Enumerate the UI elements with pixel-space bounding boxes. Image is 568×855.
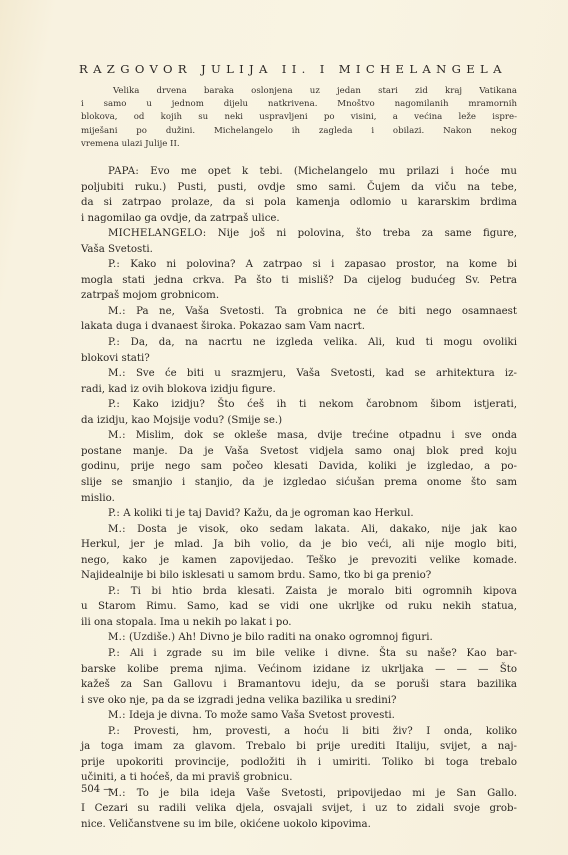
dialogue-line: u Starom Rimu. Samo, kad se vidi one ukr… (81, 599, 517, 615)
dialogue-line: i nagomilao ga ovdje, da zatrpaš ulice. (81, 211, 517, 227)
dialogue-line: da si zatrpao prolaze, da si pola kamenj… (81, 195, 517, 211)
dialogue-line: Najidealnije bi bilo isklesati u samom b… (81, 568, 517, 584)
dialogue-line: Ali i zgrade su im bile velike i divne. … (120, 648, 517, 659)
speaker-label: M.: (108, 306, 126, 317)
dialogue-line: Mislim, dok se okleše masa, dvije trećin… (126, 430, 517, 441)
stage-direction: Velika drvena baraka oslonjena uz jedan … (81, 85, 517, 151)
dialogue-line: mislio. (81, 491, 517, 507)
dialogue-line: nice. Veličanstvene su im bile, okićene … (81, 817, 517, 833)
dialogue-paragraph: P.: Provesti, hm, provesti, a hoću li bi… (81, 724, 517, 786)
dialogue-line: Pa ne, Vaša Svetosti. Ta grobnica ne će … (126, 306, 517, 317)
dialogue-paragraph: P.: A koliki ti je taj David? Kažu, da j… (81, 506, 517, 522)
dialogue-line: I Cezari su radili velika djela, osvajal… (81, 801, 517, 817)
dialogue-line: kažeš za San Gallovu i Bramantovu ideju,… (81, 677, 517, 693)
dialogue-paragraph: MICHELANGELO: Nije još ni polovina, što … (81, 226, 517, 257)
speaker-label: P.: (108, 508, 120, 519)
dialogue-line: Kako ni polovina? A zatrpao si i zapasao… (120, 259, 517, 270)
dialogue-paragraph: P.: Da, da, na nacrtu ne izgleda velika.… (81, 335, 517, 366)
dialogue-paragraph: M.: Ideja je divna. To može samo Vaša Sv… (81, 708, 517, 724)
dialogue-line: prije upokoriti provincije, podložiti ih… (81, 755, 517, 771)
speaker-label: M.: (108, 710, 126, 721)
dialogue-line: da izidju, kao Mojsije vodu? (Smije se.) (81, 413, 517, 429)
dialogue-paragraph: M.: Dosta je visok, oko sedam lakata. Al… (81, 522, 517, 584)
stage-direction-line: miješani po dužini. Michelangelo ih zagl… (81, 125, 517, 138)
speaker-label: PAPA: (108, 166, 139, 177)
dialogue: PAPA: Evo me opet k tebi. (Michelangelo … (81, 164, 517, 833)
speaker-label: M.: (108, 524, 126, 535)
dialogue-paragraph: M.: Mislim, dok se okleše masa, dvije tr… (81, 428, 517, 506)
dialogue-paragraph: P.: Ti bi htio brda klesati. Zaista je m… (81, 584, 517, 631)
dialogue-line: zatrpaš mojom grobnicom. (81, 288, 517, 304)
speaker-label: M.: (108, 368, 126, 379)
dialogue-line: A koliki ti je taj David? Kažu, da je og… (120, 508, 414, 519)
speaker-label: P.: (108, 399, 120, 410)
dialogue-line: Kako izidju? Što ćeš ih ti nekom čarobno… (120, 399, 517, 410)
speaker-label: M.: (108, 430, 126, 441)
dialogue-line: učiniti, a ti hoćeš, da mi praviš grobni… (81, 770, 517, 786)
dialogue-line: slije se smanjio i stanjio, da je izgled… (81, 475, 517, 491)
dialogue-line: Nije još ni polovina, što treba za same … (206, 228, 517, 239)
speaker-label: P.: (108, 259, 120, 270)
dialogue-line: blokovi stati? (81, 351, 517, 367)
dialogue-line: (Uzdiše.) Ah! Divno je bilo raditi na on… (126, 632, 433, 643)
dialogue-line: Dosta je visok, oko sedam lakata. Ali, d… (126, 524, 517, 535)
dialogue-line: barske kolibe prema njima. Većinom izida… (81, 662, 517, 678)
speaker-label: P.: (108, 586, 120, 597)
dialogue-paragraph: M.: (Uzdiše.) Ah! Divno je bilo raditi n… (81, 630, 517, 646)
dialogue-paragraph: M.: Pa ne, Vaša Svetosti. Ta grobnica ne… (81, 304, 517, 335)
dialogue-line: Ideja je divna. To može samo Vaša Svetos… (126, 710, 395, 721)
chapter-title: RAZGOVOR JULIJA II. I MICHELANGELA (79, 62, 517, 76)
dialogue-paragraph: P.: Ali i zgrade su im bile velike i div… (81, 646, 517, 708)
stage-direction-line: i samo u jednom dijelu natkrivena. Mnošt… (81, 98, 517, 111)
page-body: RAZGOVOR JULIJA II. I MICHELANGELA Velik… (81, 62, 517, 833)
dialogue-paragraph: PAPA: Evo me opet k tebi. (Michelangelo … (81, 164, 517, 226)
speaker-label: P.: (108, 726, 120, 737)
dialogue-line: ili ona stopala. Ima u nekih po lakat i … (81, 615, 517, 631)
dialogue-paragraph: M.: To je bila ideja Vaše Svetosti, prip… (81, 786, 517, 833)
speaker-label: P.: (108, 648, 120, 659)
dialogue-line: godinu, prije nego sam počeo klesati Dav… (81, 459, 517, 475)
dialogue-line: postane manje. Da je Vaša Svetost vidjel… (81, 444, 517, 460)
stage-direction-line: vremena ulazi Julije II. (81, 138, 517, 151)
dialogue-line: Evo me opet k tebi. (Michelangelo mu pri… (139, 166, 517, 177)
dialogue-line: Ti bi htio brda klesati. Zaista je moral… (120, 586, 517, 597)
speaker-label: MICHELANGELO: (108, 228, 206, 239)
dialogue-line: To je bila ideja Vaše Svetosti, pripovij… (126, 788, 517, 799)
dialogue-paragraph: P.: Kako ni polovina? A zatrpao si i zap… (81, 257, 517, 304)
dialogue-line: i sve oko nje, pa da se izgradi jedna ve… (81, 693, 517, 709)
dialogue-line: radi, kad iz ovih blokova izidju figure. (81, 382, 517, 398)
dialogue-line: nego, kako je kamen zapovijedao. Teško j… (81, 553, 517, 569)
dialogue-paragraph: P.: Kako izidju? Što ćeš ih ti nekom čar… (81, 397, 517, 428)
dialogue-line: poljubiti ruku.) Pusti, pusti, ovdje smo… (81, 180, 517, 196)
dialogue-line: lakata duga i dvanaest široka. Pokazao s… (81, 319, 517, 335)
dialogue-line: Da, da, na nacrtu ne izgleda velika. Ali… (120, 337, 517, 348)
stage-direction-line: blokova, od kojih su neki uspravljeni po… (81, 111, 517, 124)
dialogue-line: Provesti, hm, provesti, a hoću li biti ž… (120, 726, 517, 737)
dialogue-paragraph: M.: Sve će biti u srazmjeru, Vaša Svetos… (81, 366, 517, 397)
page-number: 504 — (81, 784, 113, 795)
dialogue-line: Vaša Svetosti. (81, 242, 517, 258)
stage-direction-line: Velika drvena baraka oslonjena uz jedan … (81, 85, 517, 98)
dialogue-line: Herkul, jer je mlad. Ja bih volio, da je… (81, 537, 517, 553)
dialogue-line: Sve će biti u srazmjeru, Vaša Svetosti, … (126, 368, 517, 379)
speaker-label: M.: (108, 632, 126, 643)
dialogue-line: ja toga imam za glavom. Trebalo bi prije… (81, 739, 517, 755)
speaker-label: P.: (108, 337, 120, 348)
dialogue-line: mogla stati jedna crkva. Pa što ti misli… (81, 273, 517, 289)
